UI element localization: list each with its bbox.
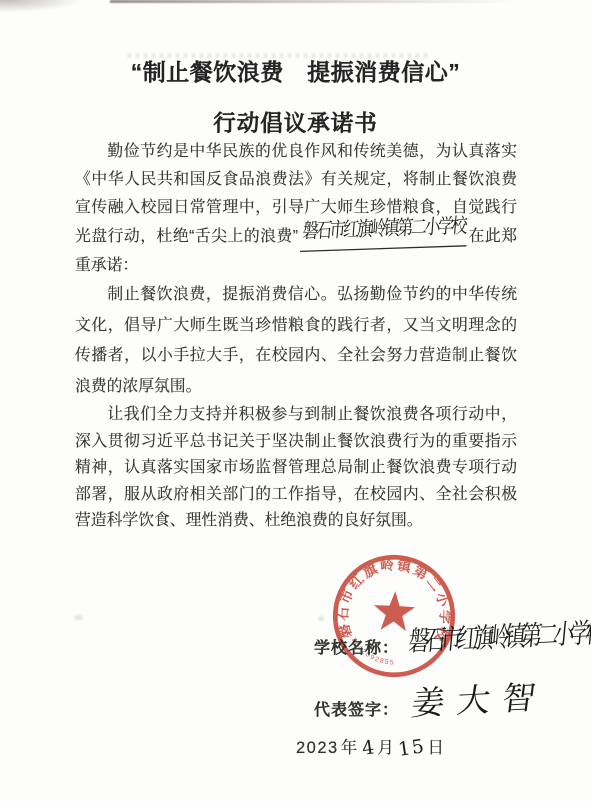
- date-year-unit: 年: [341, 739, 359, 757]
- scan-edge-artifact: [110, 0, 520, 3]
- scan-corner-smudge: [0, 0, 80, 12]
- school-name-row: 学校名称：磐石市红旗岭镇第二小学校: [314, 630, 591, 660]
- paragraph-1: 勤俭节约是中华民族的优良作风和传统美德，为认真落实《中华人民共和国反食品浪费法》…: [75, 138, 517, 280]
- date-day-unit: 日: [428, 739, 446, 757]
- scanned-pledge-document: “制止餐饮浪费 提振消费信心” 行动倡议承诺书 勤俭节约是中华民族的优良作风和传…: [0, 0, 591, 801]
- paragraph-2: 制止餐饮浪费，提振消费信心。弘扬勤俭节约的中华传统文化，倡导广大师生既当珍惜粮食…: [75, 280, 517, 402]
- date-year: 2023: [296, 739, 339, 757]
- document-title: “制止餐饮浪费 提振消费信心”: [0, 58, 591, 86]
- date-month-unit: 月: [377, 739, 395, 757]
- representative-signature-row: 代表签字：姜大智: [314, 678, 544, 725]
- date-month-handwritten: 4: [360, 736, 377, 760]
- school-name-handwritten: 磐石市红旗岭镇第二小学校: [407, 612, 591, 660]
- handwritten-school-name-inline: 磐石市红旗岭镇第二小学校: [300, 208, 469, 252]
- representative-signature-label: 代表签字：: [314, 702, 399, 719]
- paragraph-3: 让我们全力支持并积极参与到制止餐饮浪费各项行动中，深入贯彻习近平总书记关于坚决制…: [75, 402, 517, 535]
- date-line: 2023年4月15日: [296, 734, 449, 758]
- ink-bleed-artifact: [128, 53, 428, 58]
- official-school-seal: 磐石市红旗岭镇第二小学校 2842092855: [324, 546, 465, 687]
- scan-speck: [318, 616, 324, 621]
- date-day-handwritten: 15: [397, 735, 427, 761]
- document-subtitle: 行动倡议承诺书: [0, 110, 591, 138]
- school-name-label: 学校名称：: [314, 640, 399, 657]
- scan-speck: [74, 615, 83, 620]
- representative-signature-handwritten: 姜大智: [409, 671, 551, 725]
